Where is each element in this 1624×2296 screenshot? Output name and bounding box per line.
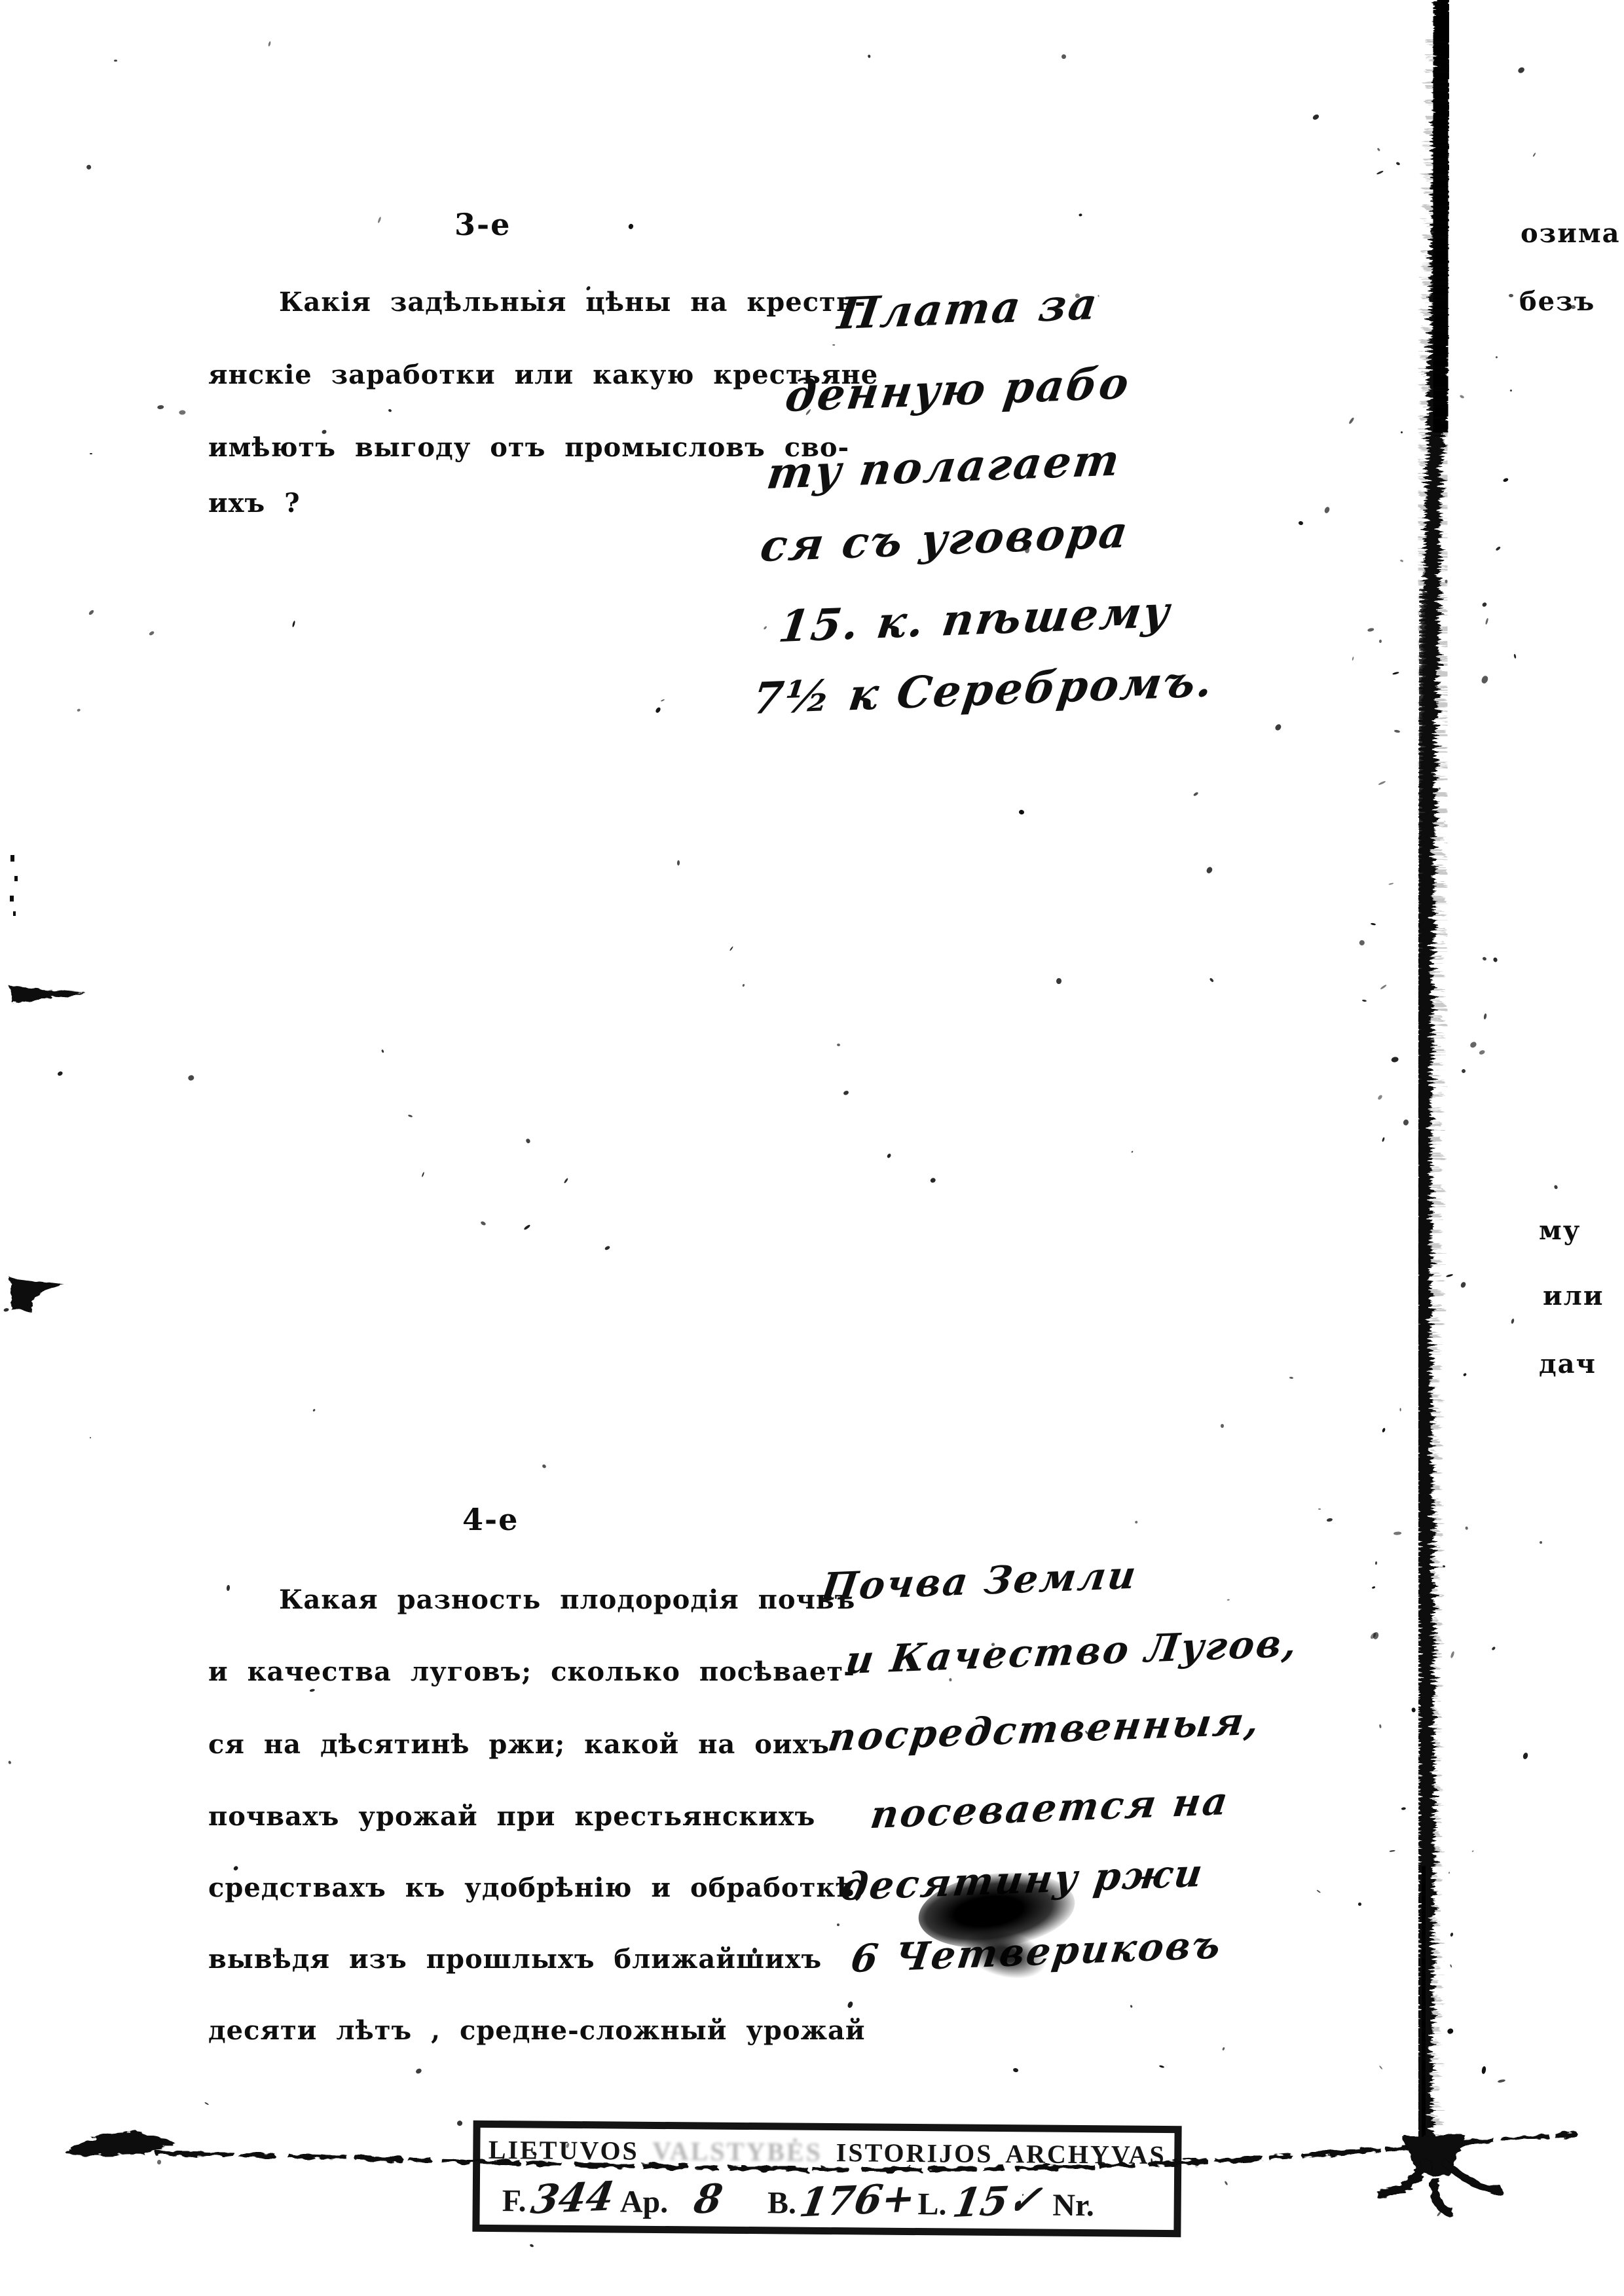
paper-speck [542, 1464, 547, 1468]
paper-speck [1396, 162, 1401, 166]
paper-speck [1439, 788, 1441, 790]
paper-speck [1481, 2066, 1486, 2074]
paper-speck [1399, 1408, 1401, 1412]
paper-speck [836, 1044, 840, 1047]
paper-speck [1316, 1889, 1320, 1893]
paper-speck [1411, 1707, 1416, 1713]
paper-speck [157, 2159, 162, 2164]
paper-speck [1367, 628, 1374, 632]
paper-speck [1391, 1057, 1399, 1063]
paper-speck [422, 1171, 425, 1176]
paper-speck [1517, 66, 1526, 74]
paper-speck [1222, 2047, 1225, 2050]
paper-speck [114, 60, 117, 62]
paper-speck [1371, 1586, 1375, 1590]
paper-speck [1461, 1068, 1466, 1074]
paper-speck [677, 860, 680, 866]
paper-speck [76, 708, 81, 712]
paper-speck [1509, 294, 1513, 297]
paper-speck [1323, 506, 1330, 514]
paper-speck [1503, 477, 1509, 482]
question-4-line: почвахъ урожай при крестьянскихъ [208, 1801, 815, 1832]
paper-speck [1377, 1094, 1383, 1100]
stamp-word: ISTORIJOS ARCHYVAS [836, 2138, 1166, 2170]
paper-speck [1192, 792, 1198, 797]
paper-speck [1485, 618, 1488, 625]
paper-speck [1378, 780, 1386, 786]
edge-text-fragment: дач [1539, 1349, 1596, 1379]
stamp-word: LIETUVOS [489, 2135, 639, 2166]
paper-speck [1498, 2079, 1505, 2083]
paper-speck [1492, 1647, 1496, 1651]
question-3-heading: 3-е [454, 207, 511, 242]
paper-speck [1130, 2005, 1133, 2007]
paper-speck [1513, 653, 1516, 659]
paper-speck [1228, 1599, 1230, 1601]
question-4-line: Какая разность плодородія почвъ [279, 1584, 855, 1615]
paper-speck [1159, 2065, 1164, 2068]
question-4-line: средствахъ къ удобрѣнію и обработкѣ, [208, 1872, 864, 1903]
paper-speck [1289, 1377, 1293, 1379]
paper-speck [1377, 147, 1380, 151]
paper-speck [1496, 355, 1498, 358]
paper-speck [1532, 153, 1536, 157]
paper-speck [1449, 1872, 1450, 1874]
paper-speck [88, 609, 94, 615]
paper-speck [1459, 395, 1464, 399]
paper-speck [7, 1760, 11, 1765]
question-4-line: ся на дѣсятинѣ ржи; какой на оихъ [208, 1729, 830, 1760]
paper-speck [415, 2068, 422, 2075]
paper-speck [204, 2102, 209, 2105]
paper-speck [310, 1688, 315, 1692]
paper-speck [1492, 957, 1498, 962]
paper-speck [847, 2001, 853, 2008]
paper-speck [1056, 978, 1062, 985]
paper-speck [1540, 1541, 1543, 1544]
paper-speck [1430, 1038, 1435, 1042]
stamp-fond-label: F. [502, 2183, 526, 2219]
paper-speck [1511, 1319, 1515, 1324]
paper-speck [628, 223, 635, 230]
archive-stamp-title: LIETUVOS VALSTYBĖS ISTORIJOS ARCHYVAS [480, 2134, 1174, 2170]
paper-speck [1382, 1137, 1385, 1142]
paper-speck [58, 1071, 64, 1077]
question-4-line: и качества луговъ; сколько посѣвает- [208, 1656, 855, 1687]
paper-speck [179, 410, 186, 414]
paper-speck [1482, 956, 1487, 960]
paper-speck [292, 621, 296, 628]
paper-speck [1379, 2066, 1383, 2070]
paper-speck [1440, 20, 1447, 26]
paper-speck [90, 453, 92, 454]
paper-speck [1362, 999, 1367, 1002]
paper-speck [1496, 545, 1501, 551]
paper-speck [1465, 1526, 1468, 1530]
paper-speck [929, 1176, 936, 1183]
paper-speck [729, 946, 733, 951]
paper-speck [1446, 1273, 1453, 1277]
stamp-ap-label: Ap. [620, 2184, 669, 2221]
paper-speck [1471, 1850, 1474, 1852]
paper-speck [1463, 1373, 1467, 1377]
question-3-line: Какія задѣльныя цѣны на кресть- [279, 287, 866, 318]
paper-speck [1401, 1807, 1406, 1810]
paper-speck [661, 699, 665, 702]
paper-speck [1510, 389, 1513, 392]
paper-speck [1469, 1040, 1478, 1048]
paper-speck [1380, 984, 1387, 990]
paper-speck [148, 630, 155, 636]
paper-speck [1318, 1508, 1321, 1509]
paper-speck [1430, 229, 1435, 233]
paper-speck [530, 2244, 534, 2248]
paper-speck [526, 1138, 531, 1144]
paper-speck [1437, 2211, 1442, 2217]
paper-speck [524, 1224, 531, 1230]
paper-speck [764, 625, 768, 630]
paper-speck [1450, 1933, 1453, 1937]
paper-speck [1357, 1902, 1361, 1905]
paper-speck [1375, 1561, 1378, 1565]
stamp-word-faded: VALSTYBĖS [652, 2136, 822, 2167]
paper-speck [1450, 1650, 1455, 1658]
paper-speck [1135, 1521, 1138, 1524]
paper-speck [1460, 1281, 1466, 1288]
paper-speck [832, 344, 835, 346]
paper-speck [1379, 1724, 1382, 1728]
paper-speck [86, 164, 92, 170]
paper-speck [1450, 1964, 1452, 1968]
paper-speck [1393, 1531, 1401, 1535]
paper-speck [268, 41, 271, 47]
paper-speck [1225, 2180, 1228, 2185]
paper-speck [1327, 1518, 1333, 1522]
paper-speck [1447, 2028, 1454, 2034]
paper-speck [1376, 170, 1383, 175]
paper-speck [837, 1923, 840, 1925]
paper-speck [388, 409, 392, 412]
paper-speck [1382, 1428, 1386, 1433]
paper-speck [1209, 977, 1214, 983]
paper-speck [654, 706, 661, 714]
paper-speck [887, 1153, 892, 1159]
paper-speck [1431, 1970, 1435, 1973]
paper-speck [1478, 1049, 1485, 1055]
question-3-line: имѣютъ выгоду отъ промысловъ сво- [208, 432, 849, 463]
handwritten-answer-3-line: Плата за [835, 278, 1102, 339]
paper-speck [1400, 431, 1403, 434]
paper-speck [1392, 672, 1399, 675]
paper-speck [1400, 559, 1404, 562]
paper-speck [1348, 417, 1354, 424]
paper-speck [564, 1178, 569, 1184]
paper-speck [232, 1865, 238, 1871]
question-4-heading: 4-е [462, 1502, 519, 1537]
paper-speck [1131, 1150, 1134, 1153]
paper-speck [1019, 810, 1025, 815]
paper-speck [1352, 657, 1355, 661]
stamp-l-label: L. [917, 2186, 946, 2222]
paper-speck [604, 1245, 610, 1250]
paper-speck [949, 1679, 951, 1682]
question-4-line: вывѣдя изъ прошлыхъ ближайшихъ [208, 1944, 822, 1975]
paper-speck [377, 217, 381, 223]
paper-speck [381, 1049, 384, 1053]
archive-stamp: LIETUVOS VALSTYBĖS ISTORIJOS ARCHYVAS F.… [472, 2121, 1181, 2237]
paper-speck [312, 1409, 316, 1412]
paper-speck [1427, 766, 1429, 767]
paper-speck [843, 1090, 849, 1095]
paper-speck [157, 405, 164, 409]
paper-speck [407, 1114, 412, 1118]
stamp-b-value: 176+ [796, 2175, 919, 2226]
paper-speck [1483, 1013, 1486, 1020]
paper-speck [1403, 1119, 1409, 1126]
stamp-fond-value: 344 [528, 2174, 618, 2223]
paper-speck [1206, 866, 1213, 873]
edge-text-fragment: безъ [1519, 286, 1595, 317]
paper-speck [1426, 1480, 1430, 1485]
question-3-line: янскіе заработки или какую крестьяне [208, 359, 878, 390]
paper-speck [1389, 1850, 1395, 1853]
paper-speck [1481, 602, 1487, 608]
question-3-line: ихъ ? [208, 488, 301, 519]
paper-speck [1388, 883, 1393, 885]
stamp-l-value: 15✓ [950, 2177, 1044, 2227]
paper-speck [1079, 213, 1082, 217]
paper-speck [1445, 580, 1447, 583]
paper-speck [1312, 113, 1319, 120]
paper-speck [227, 1585, 231, 1592]
paper-speck [1299, 520, 1304, 525]
paper-speck [1274, 723, 1282, 732]
question-4-line: десяти лѣтъ , средне-сложный урожай [208, 2015, 866, 2046]
paper-speck [1371, 923, 1376, 926]
edge-text-fragment: озима [1521, 218, 1621, 249]
paper-speck [1061, 54, 1066, 60]
edge-text-fragment: му [1539, 1215, 1581, 1246]
paper-speck [1358, 939, 1365, 946]
paper-speck [1221, 1424, 1224, 1428]
paper-speck [742, 983, 745, 987]
paper-speck [868, 54, 871, 58]
paper-speck [1522, 1752, 1528, 1760]
paper-speck [456, 2120, 463, 2127]
stamp-b-label: B. [767, 2185, 796, 2221]
stamp-ap-value: 8 [690, 2176, 725, 2223]
paper-speck [188, 1074, 194, 1081]
edge-text-fragment: или [1543, 1281, 1604, 1311]
paper-speck [1554, 1185, 1559, 1190]
stamp-nr-label: Nr. [1052, 2187, 1094, 2223]
paper-speck [1379, 640, 1382, 643]
paper-speck [89, 1437, 91, 1439]
paper-speck [481, 1220, 487, 1226]
paper-speck [1481, 675, 1489, 684]
scanned-document-page: 3-е Какія задѣльныя цѣны на кресть- янск… [0, 0, 1624, 2296]
paper-speck [1012, 2068, 1018, 2073]
paper-speck [1394, 730, 1400, 733]
paper-speck [3, 1308, 9, 1313]
archive-stamp-reference: F. 344 Ap. 8 B. 176+ L. 15✓ Nr. [502, 2175, 1094, 2225]
paper-speck [1442, 1565, 1445, 1567]
